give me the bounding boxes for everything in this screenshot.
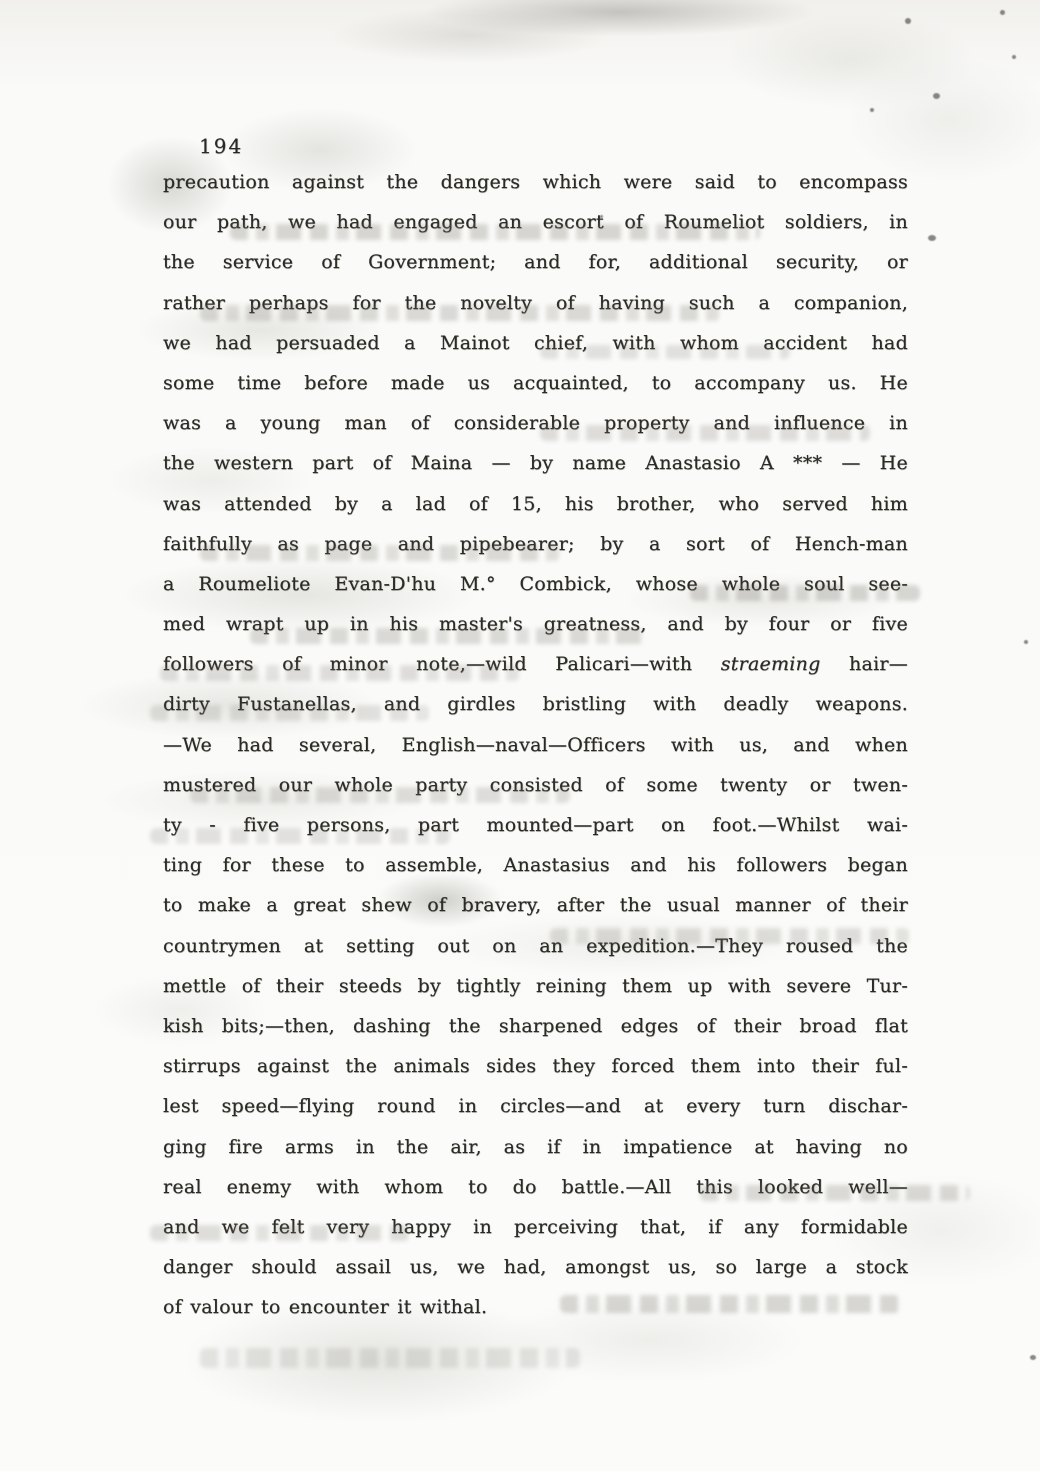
text-line: ting for these to assemble, Anastasius a… [163, 845, 908, 885]
bleed-through-text [540, 425, 870, 441]
bleed-through-text [540, 345, 790, 359]
bleed-through-text [700, 1185, 970, 1201]
scanned-book-page: 194 precaution against the dangers which… [0, 0, 1040, 1471]
text-line: —We had several, English—naval—Officers … [163, 725, 908, 765]
scan-noise-speck [870, 108, 874, 112]
text-line: mettle of their steeds by tightly reinin… [163, 966, 908, 1006]
bleed-through-text [190, 787, 570, 803]
text-line: kish bits;—then, dashing the sharpened e… [163, 1006, 908, 1046]
scan-noise-speck [600, 215, 603, 218]
bleed-through-text [200, 305, 720, 321]
text-line: was attended by a lad of 15, his brother… [163, 484, 908, 524]
page-number: 194 [199, 134, 243, 158]
scan-noise-speck [933, 93, 940, 99]
bleed-through-text [550, 928, 910, 944]
scan-noise-speck [1000, 10, 1005, 15]
text-line: we had persuaded a Mainot chief, with wh… [163, 323, 908, 363]
italic-word: straeming [721, 653, 821, 675]
bleed-through-text [690, 585, 920, 601]
text-line: the western part of Maina — by name Anas… [163, 443, 908, 483]
bleed-through-text [200, 545, 560, 561]
bleed-through-text [250, 628, 650, 644]
bleed-through-text [150, 1225, 410, 1241]
body-text: precaution against the dangers which wer… [163, 162, 908, 1327]
scan-noise-speck [1030, 1355, 1036, 1360]
text-line: the service of Government; and for, addi… [163, 242, 908, 282]
bleed-through-text [150, 705, 430, 721]
bleed-through-text [160, 665, 520, 681]
bleed-through-text [200, 1348, 580, 1368]
scan-noise-speck [1024, 640, 1028, 644]
scan-noise-speck [928, 235, 936, 241]
text-line: stirrups against the animals sides they … [163, 1046, 908, 1086]
bleed-through-text [230, 224, 760, 240]
text-line: to make a great shew of bravery, after t… [163, 885, 908, 925]
text-line: danger should assail us, we had, amongst… [163, 1247, 908, 1287]
text-line: lest speed—flying round in circles—and a… [163, 1086, 908, 1126]
text-line: ging fire arms in the air, as if in impa… [163, 1127, 908, 1167]
bleed-through-text [150, 828, 450, 844]
text-line: precaution against the dangers which wer… [163, 162, 908, 202]
scan-noise-speck [1012, 55, 1016, 59]
scan-noise-speck [905, 18, 911, 24]
text-line: some time before made us acquainted, to … [163, 363, 908, 403]
bleed-through-text [560, 1295, 900, 1313]
